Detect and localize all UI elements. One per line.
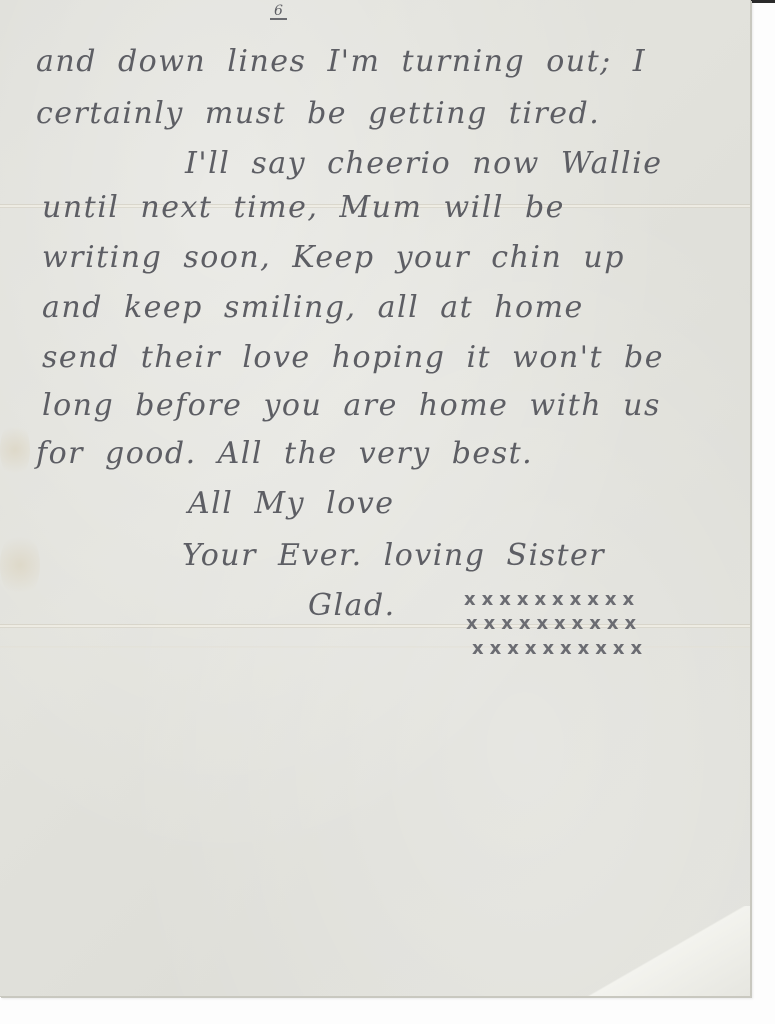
letter-line: long before you are home with us: [42, 388, 661, 424]
closing-salutation: All My love: [188, 486, 394, 522]
letter-line: send their love hoping it won't be: [42, 340, 664, 376]
scan-edge: [748, 0, 775, 3]
letter-paper: 6 and down lines I'm turning out; I cert…: [0, 0, 751, 997]
paper-stain: [0, 420, 30, 480]
page-number: 6: [270, 4, 287, 20]
closing-relation: Your Ever. loving Sister: [182, 538, 605, 574]
scanned-page: 6 and down lines I'm turning out; I cert…: [0, 0, 775, 1024]
letter-line: for good. All the very best.: [36, 436, 533, 472]
letter-line: writing soon, Keep your chin up: [42, 240, 625, 276]
letter-line: certainly must be getting tired.: [36, 96, 600, 132]
letter-line: I'll say cheerio now Wallie: [185, 146, 663, 182]
paper-stain: [0, 530, 40, 600]
kisses-row: xxxxxxxxxx: [464, 590, 640, 610]
letter-line: until next time, Mum will be: [42, 190, 565, 226]
kisses-row: xxxxxxxxxx: [472, 639, 648, 659]
corner-crease: [580, 906, 750, 996]
letter-line: and keep smiling, all at home: [42, 290, 584, 326]
letter-line: and down lines I'm turning out; I: [36, 44, 646, 80]
signature: Glad.: [308, 588, 396, 624]
kisses-row: xxxxxxxxxx: [466, 614, 642, 634]
